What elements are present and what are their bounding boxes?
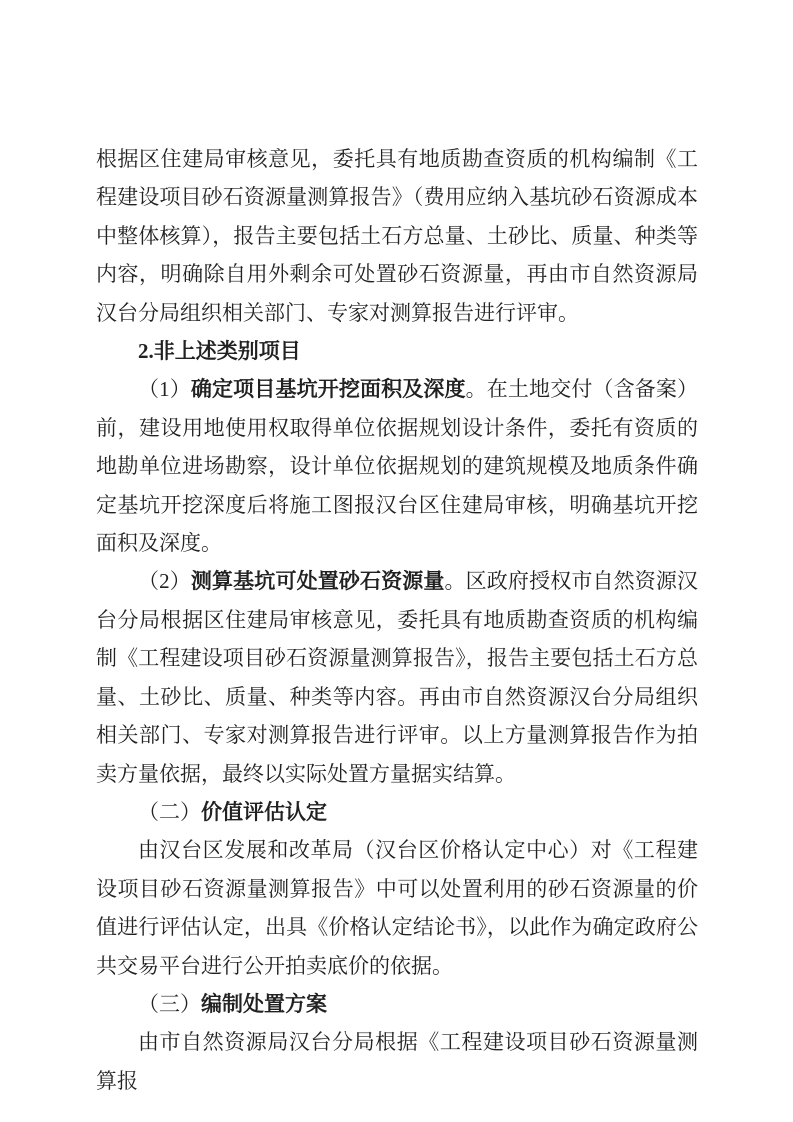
text-run: 由市自然资源局汉台分局根据《工程建设项目砂石资源量测算报 bbox=[96, 1030, 698, 1092]
text-run: 。在土地交付（含备案）前，建设用地使用权取得单位依据规划设计条件，委托有资质的地… bbox=[96, 377, 698, 555]
text-run: （二） bbox=[138, 800, 201, 824]
text-run: 价值评估认定 bbox=[201, 800, 327, 824]
document-body: 根据区住建局审核意见，委托具有地质勘查资质的机构编制《工程建设项目砂石资源量测算… bbox=[96, 140, 698, 1100]
text-run: 。区政府授权市自然资源汉台分局根据区住建局审核意见，委托具有地质勘查资质的机构编… bbox=[96, 569, 698, 785]
section-heading-value-assessment: （二）价值评估认定 bbox=[96, 793, 698, 831]
text-run: 2.非上述类别项目 bbox=[138, 339, 301, 363]
text-run: （2） bbox=[138, 569, 191, 593]
text-run: 根据区住建局审核意见，委托具有地质勘查资质的机构编制《工程建设项目砂石资源量测算… bbox=[96, 147, 698, 325]
paragraph-value-assessment: 由汉台区发展和改革局（汉台区价格认定中心）对《工程建设项目砂石资源量测算报告》中… bbox=[96, 831, 698, 985]
paragraph-disposal-plan: 由市自然资源局汉台分局根据《工程建设项目砂石资源量测算报 bbox=[96, 1023, 698, 1100]
text-run: 确定项目基坑开挖面积及深度 bbox=[191, 377, 466, 401]
text-run: （三） bbox=[138, 992, 201, 1016]
text-run: 测算基坑可处置砂石资源量 bbox=[191, 569, 445, 593]
text-run: 由汉台区发展和改革局（汉台区价格认定中心）对《工程建设项目砂石资源量测算报告》中… bbox=[96, 838, 698, 977]
paragraph-item-1: （1）确定项目基坑开挖面积及深度。在土地交付（含备案）前，建设用地使用权取得单位… bbox=[96, 370, 698, 562]
text-run: 编制处置方案 bbox=[201, 992, 327, 1016]
text-run: （1） bbox=[138, 377, 191, 401]
section-heading-2: 2.非上述类别项目 bbox=[96, 332, 698, 370]
section-heading-disposal-plan: （三）编制处置方案 bbox=[96, 985, 698, 1023]
paragraph-continuation: 根据区住建局审核意见，委托具有地质勘查资质的机构编制《工程建设项目砂石资源量测算… bbox=[96, 140, 698, 332]
document-page: 根据区住建局审核意见，委托具有地质勘查资质的机构编制《工程建设项目砂石资源量测算… bbox=[0, 0, 793, 1122]
paragraph-item-2: （2）测算基坑可处置砂石资源量。区政府授权市自然资源汉台分局根据区住建局审核意见… bbox=[96, 562, 698, 792]
